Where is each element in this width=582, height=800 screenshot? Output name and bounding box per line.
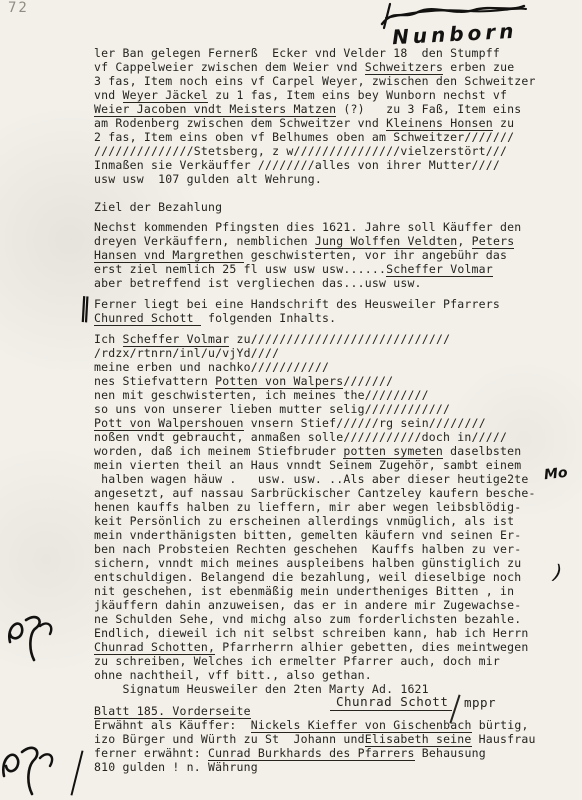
doc-line: noßen vndt gebraucht, anmaßen solle/////… xyxy=(94,430,564,444)
text-segment: angesetzt, auf nassau Sarbrückischer Can… xyxy=(94,486,536,500)
text-segment: halben wagen häuw . usw. usw. ..Als aber… xyxy=(94,472,529,486)
text-segment: geschwisterten, vor ihr angebühr das xyxy=(244,248,508,262)
doc-line: usw usw 107 gulden alt Wehrung. xyxy=(94,172,564,186)
doc-line: ohne nachtheil, vff bitt., also gethan. xyxy=(94,668,564,682)
doc-line: Ich Scheffer Volmar zu//////////////////… xyxy=(94,332,564,346)
text-segment: ne Schulden Sehe, vnd michg also zum for… xyxy=(94,612,521,626)
signature-name: Chunrad Schott xyxy=(330,694,452,711)
doc-line: meine erben und nachko/////////// xyxy=(94,360,564,374)
text-segment: (?) zu 3 Faß, Item eins xyxy=(336,102,521,116)
text-segment: Ferner liegt bei eine Handschrift des He… xyxy=(94,297,500,311)
doc-line: henen kauffs halben zu lieffern, mir abe… xyxy=(94,500,564,514)
underlined-text: Weyer Jäckel xyxy=(123,88,208,103)
doc-line: ne Schulden Sehe, vnd michg also zum for… xyxy=(94,612,564,626)
doc-line: keit Persönlich zu erscheinen allerdings… xyxy=(94,514,564,528)
doc-line: mein vierten theil an Haus vnndt Seinem … xyxy=(94,458,564,472)
doc-line: ler Ban gelegen Fernerß Ecker vnd Velder… xyxy=(94,46,564,60)
text-segment: keit Persönlich zu erscheinen allerdings… xyxy=(94,514,514,528)
text-segment: vnd xyxy=(94,88,123,102)
doc-line: /rdzx/rtnrn/inl/u/vjYd//// xyxy=(94,346,564,360)
text-segment: vf Cappelweier zwischen dem Weier vnd xyxy=(94,60,365,74)
doc-line: Endlich, dieweil ich nit selbst schreibe… xyxy=(94,626,564,640)
text-segment: meine erben und nachko/////////// xyxy=(94,360,329,374)
underlined-text: potten symeten xyxy=(343,444,443,459)
text-segment: am Rodenberg zwischen dem Schweitzer vnd xyxy=(94,116,386,130)
doc-line: aber betreffend ist vergliechen das...us… xyxy=(94,276,564,290)
text-segment: ben nach Probsteien Rechten geschehen Ka… xyxy=(94,542,521,556)
text-segment: 810 gulden ! n. Währung xyxy=(94,760,258,774)
typewritten-text-column: ler Ban gelegen Fernerß Ecker vnd Velder… xyxy=(94,46,564,774)
margin-flourish-mark-bottom xyxy=(0,736,62,800)
underlined-text: Pott von Walpershouen xyxy=(94,416,244,431)
text-segment: dreyen Verkäuffern, nemblichen xyxy=(94,234,315,248)
page-corner-number: 72 xyxy=(8,0,29,16)
doc-line: Chunrad Schotten, Pfarrherrn alhier gebe… xyxy=(94,640,564,654)
text-segment: zu 1 fas, Item eins bey Wunborn nechst v… xyxy=(208,88,507,102)
text-segment: ferner erwähnt: xyxy=(94,746,208,760)
text-segment: nes Stiefvattern xyxy=(94,374,215,388)
text-segment: worden, daß ich meinem Stiefbruder xyxy=(94,444,343,458)
underlined-text: Scheffer Volmar xyxy=(123,332,230,347)
doc-line: sichern, vnndt mich meines auspleibens h… xyxy=(94,556,564,570)
doc-line: nen mit geschwisterten, ich meines the//… xyxy=(94,388,564,402)
doc-line: izo Bürger und Würth zu St Johann undEli… xyxy=(94,732,564,746)
text-segment: nit geschehen, ist ebenmäßig mein undert… xyxy=(94,584,514,598)
section-heading: Ziel der Bezahlung xyxy=(94,200,564,214)
underlined-text: Chunred Schott xyxy=(94,311,201,326)
doc-line: Chunred Schott folgenden Inhalts. xyxy=(94,311,564,325)
text-segment: Ziel der Bezahlung xyxy=(94,200,222,214)
text-segment: /////// xyxy=(343,374,393,388)
text-segment: Inmaßen sie Verkäuffer ////////alles von… xyxy=(94,158,500,172)
doc-line: so uns von unserer lieben mutter selig//… xyxy=(94,402,564,416)
text-segment: noßen vndt gebraucht, anmaßen solle/////… xyxy=(94,430,507,444)
text-segment: zu schreiben, Welches ich ermelter Pfarr… xyxy=(94,654,500,668)
underlined-text: Schweitzers xyxy=(365,60,443,75)
text-segment: Endlich, dieweil ich nit selbst schreibe… xyxy=(94,626,529,640)
text-segment: //////////////Stetsberg, z w////////////… xyxy=(94,144,507,158)
doc-line: mein vnderthänigsten bitten, gemelten kä… xyxy=(94,528,564,542)
underlined-text: Potten von Walpers xyxy=(215,374,343,389)
handwritten-word-nunborn: Nunborn xyxy=(391,19,517,50)
doc-line: Weier Jacoben vndt Meisters Matzen (?) z… xyxy=(94,102,564,116)
text-segment: Pfarrherrn alhier gebetten, dies meintwe… xyxy=(215,640,528,654)
doc-line: worden, daß ich meinem Stiefbruder potte… xyxy=(94,444,564,458)
doc-line: Ziel der Bezahlung xyxy=(94,200,564,214)
text-segment: mein vierten theil an Haus vnndt Seinem … xyxy=(94,458,521,472)
doc-line: Ferner liegt bei eine Handschrift des He… xyxy=(94,297,564,311)
margin-double-bar-mark: ‖ xyxy=(79,291,91,323)
doc-line: vnd Weyer Jäckel zu 1 fas, Item eins bey… xyxy=(94,88,564,102)
text-segment: jkäuffern dahin anzuweisen, das er in an… xyxy=(94,598,521,612)
doc-line: 810 gulden ! n. Währung xyxy=(94,760,564,774)
text-segment: henen kauffs halben zu lieffern, mir abe… xyxy=(94,500,521,514)
doc-line: Hansen vnd Margrethen geschwisterten, vo… xyxy=(94,248,564,262)
text-segment: aber betreffend ist vergliechen das...us… xyxy=(94,276,422,290)
doc-line: 3 fas, Item noch eins vf Carpel Weyer, z… xyxy=(94,74,564,88)
underlined-text: Kleinens Honsen xyxy=(386,116,493,131)
doc-line: ferner erwähnt: Cunrad Burkhards des Pfa… xyxy=(94,746,564,760)
doc-line: dreyen Verkäuffern, nemblichen Jung Wolf… xyxy=(94,234,564,248)
text-segment: sichern, vnndt mich meines auspleibens h… xyxy=(94,556,521,570)
doc-line: halben wagen häuw . usw. usw. ..Als aber… xyxy=(94,472,564,486)
text-segment: Nechst kommenden Pfingsten dies 1621. Ja… xyxy=(94,220,521,234)
section-para1: ler Ban gelegen Fernerß Ecker vnd Velder… xyxy=(94,46,564,186)
text-segment: Erwähnt als Käuffer: xyxy=(94,718,251,732)
doc-line: Nechst kommenden Pfingsten dies 1621. Ja… xyxy=(94,220,564,234)
text-segment: 2 fas, Item eins oben vf Belhumes oben a… xyxy=(94,130,514,144)
underlined-text: Scheffer Volmar xyxy=(386,262,493,277)
text-segment: ler Ban gelegen Fernerß Ecker vnd Velder… xyxy=(94,46,500,60)
scanned-document-page: 72 Nunborn ‖ Mo ) ler Ban gelegen Ferner… xyxy=(0,0,582,800)
text-segment: folgenden Inhalts. xyxy=(201,311,336,325)
underlined-text: Weier Jacoben vndt Meisters Matzen xyxy=(94,102,336,117)
text-segment: zu xyxy=(493,116,514,130)
doc-line: nit geschehen, ist ebenmäßig mein undert… xyxy=(94,584,564,598)
text-segment: ohne nachtheil, vff bitt., also gethan. xyxy=(94,668,372,682)
text-segment: 3 fas, Item noch eins vf Carpel Weyer, z… xyxy=(94,74,536,88)
doc-line: nes Stiefvattern Potten von Walpers/////… xyxy=(94,374,564,388)
text-segment: /rdzx/rtnrn/inl/u/vjYd//// xyxy=(94,346,279,360)
doc-line: Pott von Walpershouen vnsern Stief//////… xyxy=(94,416,564,430)
doc-line: angesetzt, auf nassau Sarbrückischer Can… xyxy=(94,486,564,500)
text-segment: so uns von unserer lieben mutter selig//… xyxy=(94,402,450,416)
doc-line: 2 fas, Item eins oben vf Belhumes oben a… xyxy=(94,130,564,144)
doc-line: zu schreiben, Welches ich ermelter Pfarr… xyxy=(94,654,564,668)
text-segment: Ich xyxy=(94,332,123,346)
signature-block: Chunrad Schott mppr xyxy=(330,694,496,724)
section-para2: Nechst kommenden Pfingsten dies 1621. Ja… xyxy=(94,220,564,290)
text-segment: mein vnderthänigsten bitten, gemelten kä… xyxy=(94,528,521,542)
underlined-text: Jung Wolffen Veldten xyxy=(315,234,457,249)
doc-line: erst ziel nemlich 25 fl usw usw usw.....… xyxy=(94,262,564,276)
text-segment: nen mit geschwisterten, ich meines the//… xyxy=(94,388,429,402)
text-segment: usw usw 107 gulden alt Wehrung. xyxy=(94,172,322,186)
text-segment: erst ziel nemlich 25 fl usw usw usw.....… xyxy=(94,262,386,276)
underlined-text: Cunrad Burkhards des Pfarrers xyxy=(208,746,415,761)
text-segment: Hausfrau xyxy=(472,732,536,746)
margin-flourish-mark xyxy=(4,608,60,668)
doc-line: entschuldigen. Belangend die bezahlung, … xyxy=(94,570,564,584)
doc-line: ben nach Probsteien Rechten geschehen Ka… xyxy=(94,542,564,556)
text-segment: zu//////////////////////////// xyxy=(229,332,450,346)
doc-line: Inmaßen sie Verkäuffer ////////alles von… xyxy=(94,158,564,172)
text-segment: daselbsten xyxy=(443,444,521,458)
margin-slash-stroke xyxy=(70,750,83,795)
doc-line: //////////////Stetsberg, z w////////////… xyxy=(94,144,564,158)
doc-line: jkäuffern dahin anzuweisen, das er in an… xyxy=(94,598,564,612)
section-para3: Ferner liegt bei eine Handschrift des He… xyxy=(94,297,564,325)
section-letter: Ich Scheffer Volmar zu//////////////////… xyxy=(94,332,564,696)
underlined-text: Blatt 185. Vorderseite xyxy=(94,704,251,719)
underlined-text: Hansen vnd Margrethen xyxy=(94,248,244,263)
text-segment: Behausung xyxy=(415,746,486,760)
signature-suffix: mppr xyxy=(464,694,496,710)
text-segment: vnsern Stief//////rg sein//////// xyxy=(244,416,486,430)
doc-line: vf Cappelweier zwischen dem Weier vnd Sc… xyxy=(94,60,564,74)
text-segment: izo Bürger und Würth zu St Johann und xyxy=(94,732,365,746)
text-segment: erben zue xyxy=(443,60,514,74)
doc-line: am Rodenberg zwischen dem Schweitzer vnd… xyxy=(94,116,564,130)
underlined-text: Chunrad Schotten, xyxy=(94,640,215,655)
underlined-text: Peters xyxy=(472,234,515,249)
text-segment: , xyxy=(457,234,471,248)
underlined-text: Elisabeth seine xyxy=(365,732,472,747)
text-segment: entschuldigen. Belangend die bezahlung, … xyxy=(94,570,521,584)
